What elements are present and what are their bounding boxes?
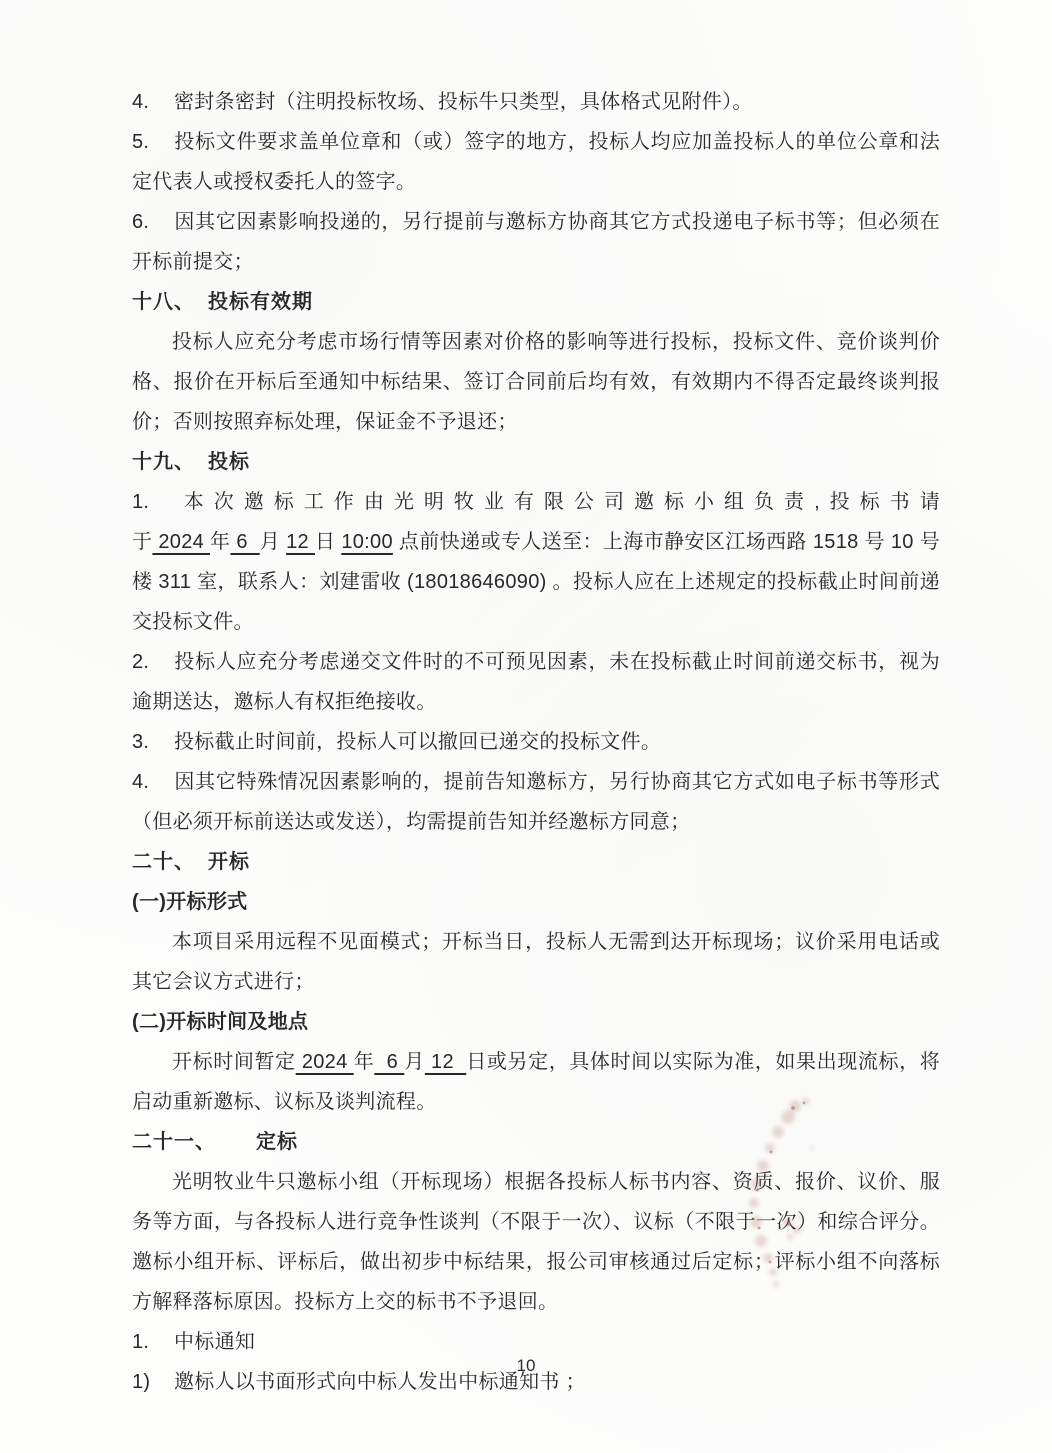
text-run: 密封条密封（注明投标牧场、投标牛只类型，具体格式见附件）。 — [174, 91, 753, 113]
text-run: 投标文件要求盖单位章和（或）签字的地方，投标人均应加盖投标人的单位公章和法定代表… — [132, 131, 940, 193]
item-marker: 1. — [132, 482, 174, 522]
sub-heading: (二)开标时间及地点 — [132, 1002, 940, 1042]
text-run: 因其它因素影响投递的，另行提前与邀标方协商其它方式投递电子标书等；但必须在开标前… — [132, 211, 940, 273]
text-run: 中标通知 — [174, 1331, 255, 1353]
heading-number: 十八、 — [132, 282, 208, 322]
section-heading: 二十、开标 — [132, 842, 940, 882]
text-run: 定标 — [256, 1131, 298, 1153]
section-heading: 二十一、定标 — [132, 1122, 940, 1162]
list-item: 6.因其它因素影响投递的，另行提前与邀标方协商其它方式投递电子标书等；但必须在开… — [132, 202, 940, 282]
list-item: 2.投标人应充分考虑递交文件时的不可预见因素，未在投标截止时间前递交标书，视为逾… — [132, 642, 940, 722]
text-run: 日 — [315, 531, 341, 553]
text-run: 月 — [404, 1051, 425, 1073]
page-number: 10 — [0, 1356, 1052, 1376]
list-item: 4.因其它特殊情况因素影响的，提前告知邀标方，另行协商其它方式如电子标书等形式（… — [132, 762, 940, 842]
underlined-field: 6 — [374, 1051, 404, 1073]
paragraph: 本项目采用远程不见面模式；开标当日，投标人无需到达开标现场；议价采用电话或其它会… — [132, 922, 940, 1002]
text-run: 投标有效期 — [208, 291, 313, 313]
section-heading: 十九、投标 — [132, 442, 940, 482]
paragraph: 开标时间暂定 2024 年 6 月 12 日或另定，具体时间以实际为准，如果出现… — [132, 1042, 940, 1122]
heading-number: 二十一、 — [132, 1122, 256, 1162]
text-run: 年 — [354, 1051, 375, 1073]
text-run: 开标 — [208, 851, 250, 873]
list-item: 3.投标截止时间前，投标人可以撤回已递交的投标文件。 — [132, 722, 940, 762]
text-run: 本项目采用远程不见面模式；开标当日，投标人无需到达开标现场；议价采用电话或其它会… — [132, 931, 940, 993]
list-item: 4.密封条密封（注明投标牧场、投标牛只类型，具体格式见附件）。 — [132, 82, 940, 122]
underlined-field: 12 — [425, 1051, 466, 1073]
document-body: 4.密封条密封（注明投标牧场、投标牛只类型，具体格式见附件）。5.投标文件要求盖… — [132, 82, 940, 1402]
underlined-field: 10:00 — [341, 531, 393, 553]
text-run: 月 — [260, 531, 286, 553]
text-run: (二)开标时间及地点 — [132, 1011, 308, 1033]
sub-heading: (一)开标形式 — [132, 882, 940, 922]
text-run: 年 — [210, 531, 230, 553]
item-marker: 2. — [132, 642, 174, 682]
heading-number: 十九、 — [132, 442, 208, 482]
text-run: 投标人应充分考虑市场行情等因素对价格的影响等进行投标，投标文件、竞价谈判价格、报… — [132, 331, 940, 433]
item-marker: 3. — [132, 722, 174, 762]
item-marker: 4. — [132, 762, 174, 802]
underlined-field: 6 — [230, 531, 259, 553]
item-marker: 4. — [132, 82, 174, 122]
underlined-field: 2024 — [296, 1051, 354, 1073]
heading-number: 二十、 — [132, 842, 208, 882]
underlined-field: 2024 — [152, 531, 210, 553]
section-heading: 十八、投标有效期 — [132, 282, 940, 322]
document-page: 4.密封条密封（注明投标牧场、投标牛只类型，具体格式见附件）。5.投标文件要求盖… — [0, 0, 1052, 1453]
text-run: (一)开标形式 — [132, 891, 247, 913]
item-marker: 6. — [132, 202, 174, 242]
list-item: 5.投标文件要求盖单位章和（或）签字的地方，投标人均应加盖投标人的单位公章和法定… — [132, 122, 940, 202]
underlined-field: 12 — [286, 531, 315, 553]
list-item: 1.本次邀标工作由光明牧业有限公司邀标小组负责,投标书请于 2024 年 6 月… — [132, 482, 940, 642]
paragraph: 投标人应充分考虑市场行情等因素对价格的影响等进行投标，投标文件、竞价谈判价格、报… — [132, 322, 940, 442]
text-run: 因其它特殊情况因素影响的，提前告知邀标方，另行协商其它方式如电子标书等形式（但必… — [132, 771, 940, 833]
paragraph: 光明牧业牛只邀标小组（开标现场）根据各投标人标书内容、资质、报价、议价、服务等方… — [132, 1162, 940, 1322]
text-run: 光明牧业牛只邀标小组（开标现场）根据各投标人标书内容、资质、报价、议价、服务等方… — [132, 1171, 940, 1313]
item-marker: 5. — [132, 122, 174, 162]
text-run: 投标 — [208, 451, 250, 473]
text-run: 投标截止时间前，投标人可以撤回已递交的投标文件。 — [174, 731, 661, 753]
text-run: 投标人应充分考虑递交文件时的不可预见因素，未在投标截止时间前递交标书，视为逾期送… — [132, 651, 940, 713]
text-run: 开标时间暂定 — [172, 1051, 296, 1073]
